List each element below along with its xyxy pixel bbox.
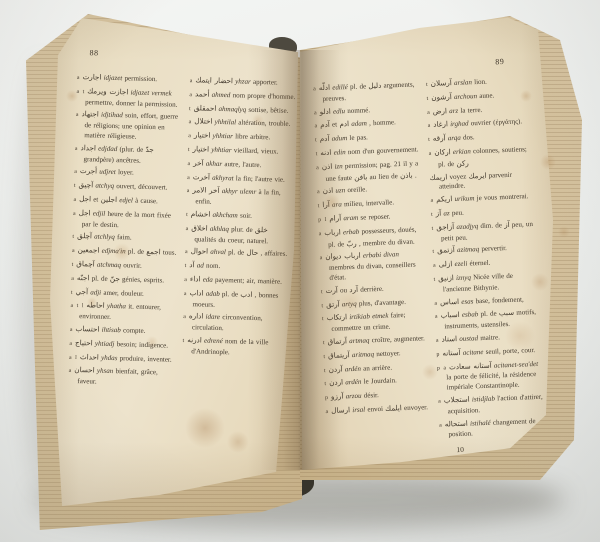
- entry-language-tag: a: [319, 231, 323, 237]
- entry-language-tag: a: [186, 226, 190, 232]
- entry-transliteration: yhhtilal: [215, 118, 237, 127]
- entry-transliteration: atchmaq: [97, 261, 121, 270]
- entry-language-tag: a: [430, 198, 434, 204]
- entry-definition: base, fondement,: [475, 295, 523, 305]
- entry-arabic-word: آرقه: [433, 133, 446, 142]
- dictionary-entry: t آزاجق azadjyq dim. de آز peu, un petit…: [431, 219, 538, 245]
- entry-language-tag: a: [433, 263, 437, 269]
- entry-definition: , homme.: [369, 119, 396, 128]
- entry-arabic-word: اجارت: [82, 72, 101, 82]
- entry-language-tag: a: [72, 248, 76, 254]
- entry-arabic-word: آزتمق: [437, 245, 455, 255]
- entry-definition: nettoyer.: [376, 349, 401, 358]
- dictionary-entry: a ارباب ديوان erbabi divan membres du di…: [319, 249, 426, 284]
- dictionary-entry: a اداب adab pl. de ادب , bonnes moeurs.: [183, 288, 290, 313]
- dictionary-entry: t ارتكاب irtikiab etmek faire; commettre…: [322, 309, 429, 335]
- entry-arabic-word: جنّ: [110, 274, 120, 283]
- entry-definition: pl. de: [228, 249, 244, 257]
- entry-transliteration: istidjlab: [472, 395, 495, 404]
- dictionary-entry: a احتساب ihtisab compte.: [70, 324, 176, 339]
- entry-arabic-word: استجلاب: [444, 395, 470, 405]
- entry-definition: faim.: [117, 233, 132, 241]
- entry-language-tag: a: [429, 151, 433, 157]
- entry-transliteration: akhyrat: [212, 173, 234, 182]
- entry-language-tag: t: [188, 147, 191, 153]
- entry-arabic-word: آرت: [325, 285, 338, 294]
- entry-definition: dos.: [463, 133, 475, 141]
- entry-language-tag: t: [426, 82, 429, 88]
- entry-transliteration: erbabi divan: [363, 251, 399, 260]
- entry-language-tag: t: [318, 203, 321, 209]
- entry-arabic-word: اجازت ويرمك: [87, 86, 128, 96]
- entry-language-tag: t: [321, 303, 324, 309]
- entry-transliteration: edillé: [332, 83, 348, 92]
- page-right-columns: a ادلّه edillé pl. de دليل arguments, pr…: [313, 74, 559, 447]
- entry-definition: génies, esprits.: [122, 275, 164, 284]
- dictionary-entry: a اجارت idjazet permission.: [77, 72, 183, 87]
- entry-transliteration: erkian: [453, 147, 471, 156]
- page-number-right: 89: [312, 55, 544, 74]
- entry-definition: le Jourdain.: [364, 377, 397, 386]
- dictionary-entry: a آخر akhar autre, l'autre.: [187, 158, 293, 173]
- entry-arabic-word: أجرت: [80, 166, 97, 175]
- entry-definition: pl. de: [92, 274, 108, 282]
- entry-language-tag: a: [69, 341, 73, 347]
- entry-transliteration: az: [443, 209, 450, 217]
- entry-definition: tous.: [163, 249, 177, 257]
- entry-transliteration: artyq: [342, 299, 357, 308]
- dictionary-entry: t احمقلق ahmaqlyq sottise, bêtise.: [189, 103, 295, 118]
- dictionary-entry: a احوال ahval pl. de حال , affaires.: [185, 246, 291, 261]
- entry-definition: soin, effort, guerre de réligions; une o…: [84, 112, 178, 141]
- entry-arabic-word: احوال: [191, 247, 209, 256]
- entry-transliteration: idare: [205, 313, 220, 321]
- entry-transliteration: edrené: [204, 337, 223, 346]
- entry-language-tag: a: [69, 368, 73, 374]
- entry-arabic-word: آز: [436, 209, 442, 218]
- entry-language-tag: a: [434, 300, 438, 306]
- entry-arabic-word: اساس: [440, 296, 459, 306]
- entry-language-tag: t: [185, 263, 188, 269]
- entry-transliteration: edjel: [119, 196, 133, 204]
- entry-definition: milieu, intervalle.: [344, 199, 394, 209]
- entry-transliteration: ad: [197, 262, 204, 270]
- dictionary-column: a احضار ايتمك yhzar apporter.a أحمد ahme…: [181, 75, 296, 395]
- dictionary-entry: t اختيار yhhtiar vieillard, vieux.: [188, 144, 294, 159]
- dictionary-entry: a آخرت akhyrat la fin; l'autre vie.: [187, 172, 293, 187]
- entry-language-tag: a t: [76, 89, 85, 95]
- entry-definition: besoin; indigence.: [117, 340, 169, 349]
- entry-transliteration: irsal: [352, 406, 365, 414]
- entry-arabic-word: ازلى: [438, 259, 452, 269]
- entry-definition: la fin; l'autre vie.: [236, 174, 285, 183]
- entry-arabic-word: احضار ايتمك: [195, 75, 233, 85]
- entry-transliteration: adji: [90, 288, 101, 296]
- entry-transliteration: ara: [332, 201, 342, 209]
- entry-transliteration: edin: [333, 148, 345, 156]
- entry-definition: circonvention, circulation.: [192, 313, 263, 332]
- entry-definition: la terre.: [460, 105, 482, 114]
- page-left-content: 88 a اجارت idjazet permission.a t اجازت …: [37, 7, 307, 516]
- entry-transliteration: arz: [449, 106, 458, 114]
- photo-background: 88 a اجارت idjazet permission.a t اجازت …: [0, 0, 600, 542]
- entry-transliteration: erbab: [343, 227, 360, 236]
- dictionary-entry: a اجمعين edjma'in pl. de اجمع tous.: [72, 245, 178, 260]
- entry-definition: derrière.: [360, 285, 384, 294]
- dictionary-entry: a احتياج yhtiadj besoin; indigence.: [69, 338, 175, 353]
- dictionary-entry: اريمك voyez ايرمك parvenir atteindre.: [429, 168, 536, 193]
- entry-arabic-word: اداره: [189, 312, 204, 321]
- entry-transliteration: istihalé: [470, 418, 491, 427]
- entry-transliteration: eda: [203, 275, 213, 283]
- entry-definition: payement; air, manière.: [215, 276, 282, 286]
- entry-arabic-word: آردن: [328, 364, 342, 374]
- entry-definition: colonnes, soutiens; pl. de: [438, 145, 527, 168]
- entry-definition: loyer.: [118, 168, 134, 176]
- dictionary-entry: a اجل et اجلين edjel à cause.: [73, 194, 179, 209]
- entry-arabic-word: باذن: [400, 170, 413, 179]
- entry-transliteration: ardén: [345, 364, 361, 373]
- entry-transliteration: adam: [351, 120, 367, 129]
- entry-transliteration: urikum: [454, 194, 474, 203]
- dictionary-entry: a اختلال yhhtilal altération, trouble.: [189, 116, 295, 131]
- entry-transliteration: aritmaq: [352, 350, 374, 359]
- dictionary-entry: a l احداث yhdas produire, inventer.: [69, 351, 175, 366]
- dictionary-entry: t آجي adji amer, douleur.: [71, 286, 177, 301]
- entry-arabic-word: ربّ: [346, 238, 357, 247]
- dictionary-entry: a ارباب erbab possesseurs, doués, pl. de…: [319, 224, 426, 251]
- entry-definition: seuil, porte, cour.: [486, 346, 536, 356]
- entry-transliteration: artmaq: [349, 336, 370, 345]
- entry-definition: pl. de: [222, 290, 238, 298]
- entry-arabic-word: آدم: [320, 120, 330, 129]
- entry-definition: .: [415, 171, 417, 179]
- entry-arabic-word: آريتماق: [328, 350, 350, 360]
- entry-transliteration: atchyq: [95, 182, 114, 191]
- entry-definition: le pas.: [349, 133, 368, 142]
- entry-language-tag: t: [323, 354, 326, 360]
- entry-definition: croître, augmenter.: [372, 334, 425, 344]
- entry-language-tag: a: [438, 399, 442, 405]
- entry-language-tag: t: [315, 137, 318, 143]
- entry-arabic-word: ارسال: [331, 405, 350, 415]
- entry-arabic-word: احمقلق: [194, 103, 217, 113]
- entry-language-tag: p: [436, 351, 440, 357]
- entry-arabic-word: اجمعين: [78, 245, 100, 255]
- dictionary-entry: a ارسال irsal envoi ايلمك envoyer.: [325, 402, 431, 418]
- entry-arabic-word: آخر الامر: [192, 186, 219, 196]
- entry-definition: plus, d'avantage.: [359, 298, 406, 308]
- entry-arabic-word: آخر: [193, 158, 204, 167]
- entry-arabic-word: آرا: [322, 200, 330, 209]
- entry-language-tag: t: [427, 96, 430, 102]
- entry-language-tag: t: [189, 106, 192, 112]
- dictionary-column: a اجارت idjazet permission.a t اجازت وير…: [68, 72, 183, 392]
- entry-arabic-word: اداب: [189, 288, 203, 297]
- entry-definition: aune.: [479, 91, 494, 100]
- entry-arabic-word: آرسلان: [431, 78, 452, 88]
- dictionary-entry: a احسان yhsan bienfait, grâce, faveur.: [68, 365, 175, 390]
- entry-definition: ou: [340, 286, 347, 294]
- entry-arabic-word: حال: [246, 248, 258, 257]
- dictionary-entry: a أجرت udjret loyer.: [74, 166, 180, 181]
- entry-arabic-word: ارباب ديوان: [325, 251, 361, 261]
- dictionary-entry: a أحمد ahmed nom propre d'homme.: [189, 89, 295, 104]
- entry-language-tag: t: [321, 289, 324, 295]
- entry-arabic-word: استحاله: [445, 418, 468, 428]
- entry-transliteration: izn: [334, 162, 342, 170]
- entry-arabic-word: ارض: [433, 106, 448, 116]
- entry-language-tag: a: [184, 277, 188, 283]
- entry-language-tag: t: [316, 151, 319, 157]
- entry-language-tag: a: [188, 133, 192, 139]
- entry-language-tag: a: [313, 86, 317, 92]
- entry-language-tag: a: [187, 175, 191, 181]
- entry-transliteration: yhhtiar: [213, 132, 233, 141]
- entry-language-tag: t: [431, 212, 434, 218]
- dictionary-entry: a اجنّه pl. de جنّ génies, esprits.: [71, 273, 177, 288]
- entry-arabic-word: احتياج: [75, 338, 93, 347]
- entry-definition: membres du divan, conseillers d'état.: [329, 261, 416, 282]
- entry-transliteration: ezeli: [454, 260, 467, 268]
- dictionary-column: t آرسلان arslan lion.t آرشون archoun aun…: [426, 75, 546, 443]
- entry-definition: grandpère) ancêtres.: [84, 155, 141, 165]
- dictionary-entry: a اداء eda payement; air, manière.: [184, 274, 290, 289]
- entry-transliteration: idjazet: [104, 74, 123, 83]
- entry-definition: sottise, bêtise.: [248, 105, 288, 114]
- entry-definition: pl. de: [350, 82, 366, 91]
- entry-arabic-word: ازنيق: [438, 273, 454, 283]
- entry-definition: nom propre d'homme.: [233, 91, 296, 101]
- entry-definition: Nicée ville de l'ancienne Bithynie.: [443, 272, 513, 293]
- entry-arabic-word: آرد: [349, 285, 358, 294]
- dictionary-entry: t ازنيق iznyq Nicée ville de l'ancienne …: [433, 270, 540, 296]
- dictionary-entry: a اخلاق akhlaq plur. de خلق qualités du …: [185, 223, 292, 248]
- entry-arabic-word: اجداد: [80, 143, 96, 152]
- entry-definition: libre arbitre.: [235, 133, 270, 142]
- entry-definition: pl. de: [128, 248, 144, 256]
- entry-definition: peu.: [452, 209, 464, 217]
- entry-transliteration: ahval: [210, 248, 226, 256]
- book-page-right: 89 a ادلّه edillé pl. de دليل arguments,…: [296, 12, 558, 494]
- dictionary-entry: a اجتهاد idjtihad soin, effort, guerre d…: [75, 109, 182, 143]
- entry-definition: , membre du divan.: [359, 237, 415, 247]
- dictionary-entry: t ادرنه edrené nom de la ville d'Andrino…: [182, 335, 289, 360]
- dictionary-entry: t اخشام akhcham soir.: [186, 209, 292, 224]
- entry-arabic-word: آجي: [75, 287, 88, 296]
- entry-definition: pervertir.: [481, 244, 507, 253]
- entry-arabic-word: اختلال: [194, 117, 212, 127]
- dictionary-entry: a استجلاب istidjlab l'action d'attirer, …: [438, 392, 545, 418]
- entry-definition: qualités du coeur, naturel.: [194, 235, 268, 245]
- entry-definition: dim. de: [480, 221, 502, 230]
- entry-transliteration: yhtiadj: [95, 339, 115, 348]
- entry-arabic-word: ادب: [240, 289, 252, 298]
- entry-language-tag: a: [314, 110, 318, 116]
- entry-language-tag: a: [189, 119, 193, 125]
- entry-language-tag: t: [432, 249, 435, 255]
- entry-arabic-word: آد: [189, 260, 194, 269]
- entry-arabic-word: آزاجق: [436, 222, 454, 232]
- entry-definition: produire, inventer.: [120, 354, 172, 363]
- entry-language-tag: a: [439, 422, 443, 428]
- entry-transliteration: ihtisab: [102, 326, 121, 335]
- entry-language-tag: p: [325, 395, 329, 401]
- entry-arabic-word: اداء: [190, 274, 201, 283]
- entry-arabic-word: ادنه: [320, 148, 331, 157]
- entry-definition: plur. de: [231, 225, 253, 234]
- entry-definition: voyez: [449, 172, 466, 181]
- entry-transliteration: akhlaq: [210, 224, 229, 233]
- entry-transliteration: akhar: [206, 159, 223, 167]
- entry-arabic-word: آرزو: [331, 392, 344, 401]
- entry-language-tag: t: [71, 289, 74, 295]
- entry-definition: vieillard, vieux.: [234, 146, 279, 155]
- entry-language-tag: a: [436, 338, 440, 344]
- entry-arabic-word: آخرت: [193, 172, 210, 181]
- entry-arabic-word: آچماق: [76, 259, 95, 269]
- entry-transliteration: oustad: [459, 334, 478, 343]
- entry-definition: permettre, donner la permission.: [85, 98, 177, 109]
- entry-definition: apporter.: [253, 78, 278, 87]
- entry-definition: amer, douleur.: [103, 288, 144, 297]
- entry-definition: an arrière.: [363, 363, 392, 372]
- entry-definition: soir.: [240, 212, 252, 220]
- entry-arabic-word: اردن: [329, 378, 343, 388]
- entry-transliteration: yhatha: [107, 302, 126, 311]
- dictionary-entry: a اختيار yhhtiar libre arbitre.: [188, 130, 294, 145]
- entry-arabic-word: جدّ: [145, 145, 153, 154]
- entry-transliteration: yhdas: [101, 353, 118, 361]
- entry-language-tag: a: [189, 92, 193, 98]
- entry-definition: nommé.: [347, 106, 370, 115]
- entry-definition: la porte de félicité, la résidence impér…: [446, 370, 536, 391]
- entry-arabic-word: ادلو: [319, 106, 330, 115]
- entry-language-tag: a l: [69, 354, 78, 360]
- entry-arabic-word: اجتهاد: [81, 109, 99, 118]
- dictionary-entry: t آچيق atchyq ouvert, découvert.: [74, 180, 180, 195]
- entry-transliteration: ahmed: [212, 91, 231, 100]
- dictionary-entry: a آخر الامر akhyr ulemr à la fin, enfin.: [186, 185, 293, 210]
- entry-language-tag: t: [182, 338, 185, 344]
- entry-language-tag: a: [184, 291, 188, 297]
- entry-definition: se reposer.: [360, 212, 390, 221]
- entry-transliteration: azitmaq: [457, 245, 479, 254]
- entry-transliteration: esas: [461, 297, 473, 305]
- dictionary-entry: a اركان erkian colonnes, soutiens; pl. d…: [429, 144, 536, 171]
- entry-transliteration: adum: [332, 134, 348, 143]
- entry-definition: oreille.: [347, 186, 367, 195]
- entry-language-tag: a: [183, 314, 187, 320]
- entry-arabic-word: ارتكاب: [326, 313, 347, 323]
- entry-definition: permission.: [124, 74, 157, 83]
- entry-arabic-word: اختيار: [194, 130, 211, 139]
- entry-arabic-word: استاد: [441, 334, 457, 344]
- entry-language-tag: a: [320, 255, 324, 261]
- entry-arabic-word: اختيار: [192, 144, 209, 153]
- entry-transliteration: archoun: [454, 92, 477, 101]
- entry-definition: maitre.: [480, 333, 500, 342]
- entry-language-tag: t: [322, 316, 325, 322]
- entry-transliteration: yhsan: [97, 367, 114, 375]
- entry-arabic-word: اريمك: [429, 172, 447, 182]
- entry-arabic-word: آز: [504, 220, 510, 229]
- entry-language-tag: a: [316, 165, 320, 171]
- entry-definition: au lieu de: [369, 172, 398, 181]
- entry-arabic-word: احسان: [74, 365, 95, 375]
- entry-language-tag: a: [73, 197, 77, 203]
- entry-language-tag: a: [76, 112, 80, 118]
- entry-arabic-word: اخشام: [191, 209, 211, 219]
- dictionary-column: a ادلّه edillé pl. de دليل arguments, pr…: [313, 79, 433, 447]
- entry-arabic-word: ارغاد: [433, 120, 448, 130]
- page-right-content: 89 a ادلّه edillé pl. de دليل arguments,…: [292, 7, 572, 499]
- entry-arabic-word: اخلاق: [191, 223, 208, 232]
- entry-arabic-word: اركان: [434, 147, 451, 157]
- dictionary-entry: a t اجازت ويرمك idjazet vermek permettre…: [76, 86, 183, 111]
- entry-arabic-word: آچلق: [77, 231, 92, 240]
- entry-arabic-word: اذن: [322, 161, 333, 170]
- entry-definition: éternel.: [469, 259, 490, 268]
- entry-arabic-word: اسباب: [440, 310, 459, 320]
- entry-definition: désir.: [364, 391, 379, 400]
- entry-language-tag: a: [70, 327, 74, 333]
- entry-language-tag: t: [74, 183, 77, 189]
- entry-language-tag: p a: [437, 365, 447, 371]
- entry-language-tag: t: [186, 212, 189, 218]
- entry-language-tag: a: [325, 409, 329, 415]
- entry-transliteration: esbab: [462, 311, 479, 320]
- entry-definition: ouvert, découvert.: [116, 182, 167, 191]
- entry-language-tag: a: [435, 314, 439, 320]
- entry-arabic-word: آرتق: [326, 299, 340, 309]
- entry-arabic-word: سبب: [499, 308, 515, 318]
- entry-language-tag: t: [72, 262, 75, 268]
- entry-arabic-word: ادرنه: [187, 335, 202, 344]
- entry-transliteration: ardén: [345, 378, 361, 387]
- entry-transliteration: idjtihad: [101, 111, 123, 120]
- entry-language-tag: a t l: [70, 303, 84, 309]
- entry-arabic-word: احتساب: [75, 324, 99, 334]
- entry-definition: (plur. de: [119, 145, 143, 154]
- entry-language-tag: t: [432, 226, 435, 232]
- entry-arabic-word: اجلين: [100, 195, 117, 204]
- entry-definition: ouvrir.: [123, 261, 142, 270]
- entry-arabic-word: بافن: [354, 172, 367, 181]
- entry-arabic-word: دليل: [368, 81, 381, 90]
- entry-language-tag: t: [323, 340, 326, 346]
- entry-arabic-word: آچيق: [78, 180, 93, 189]
- entry-language-tag: t: [324, 368, 327, 374]
- dictionary-entry: t آچلق atchlyq faim.: [72, 231, 178, 246]
- entry-arabic-word: آرام: [329, 213, 341, 222]
- entry-transliteration: ahmaqlyq: [218, 104, 246, 113]
- entry-language-tag: a: [185, 249, 189, 255]
- page-left-columns: a اجارت idjazet permission.a t اجازت وير…: [68, 72, 297, 395]
- entry-language-tag: a: [190, 78, 194, 84]
- entry-language-tag: t: [324, 381, 327, 387]
- entry-transliteration: akhyr ulemr: [222, 187, 257, 196]
- entry-transliteration: yhzar: [235, 77, 251, 85]
- entry-definition: nom.: [206, 262, 220, 270]
- entry-transliteration: udjret: [99, 168, 116, 176]
- entry-transliteration: yhhtiar: [211, 146, 231, 155]
- entry-language-tag: a: [71, 276, 75, 282]
- entry-transliteration: arqa: [448, 134, 461, 142]
- entry-language-tag: a: [187, 161, 191, 167]
- entry-transliteration: acitane: [463, 348, 484, 357]
- dictionary-entry: t آد ad nom.: [185, 260, 291, 275]
